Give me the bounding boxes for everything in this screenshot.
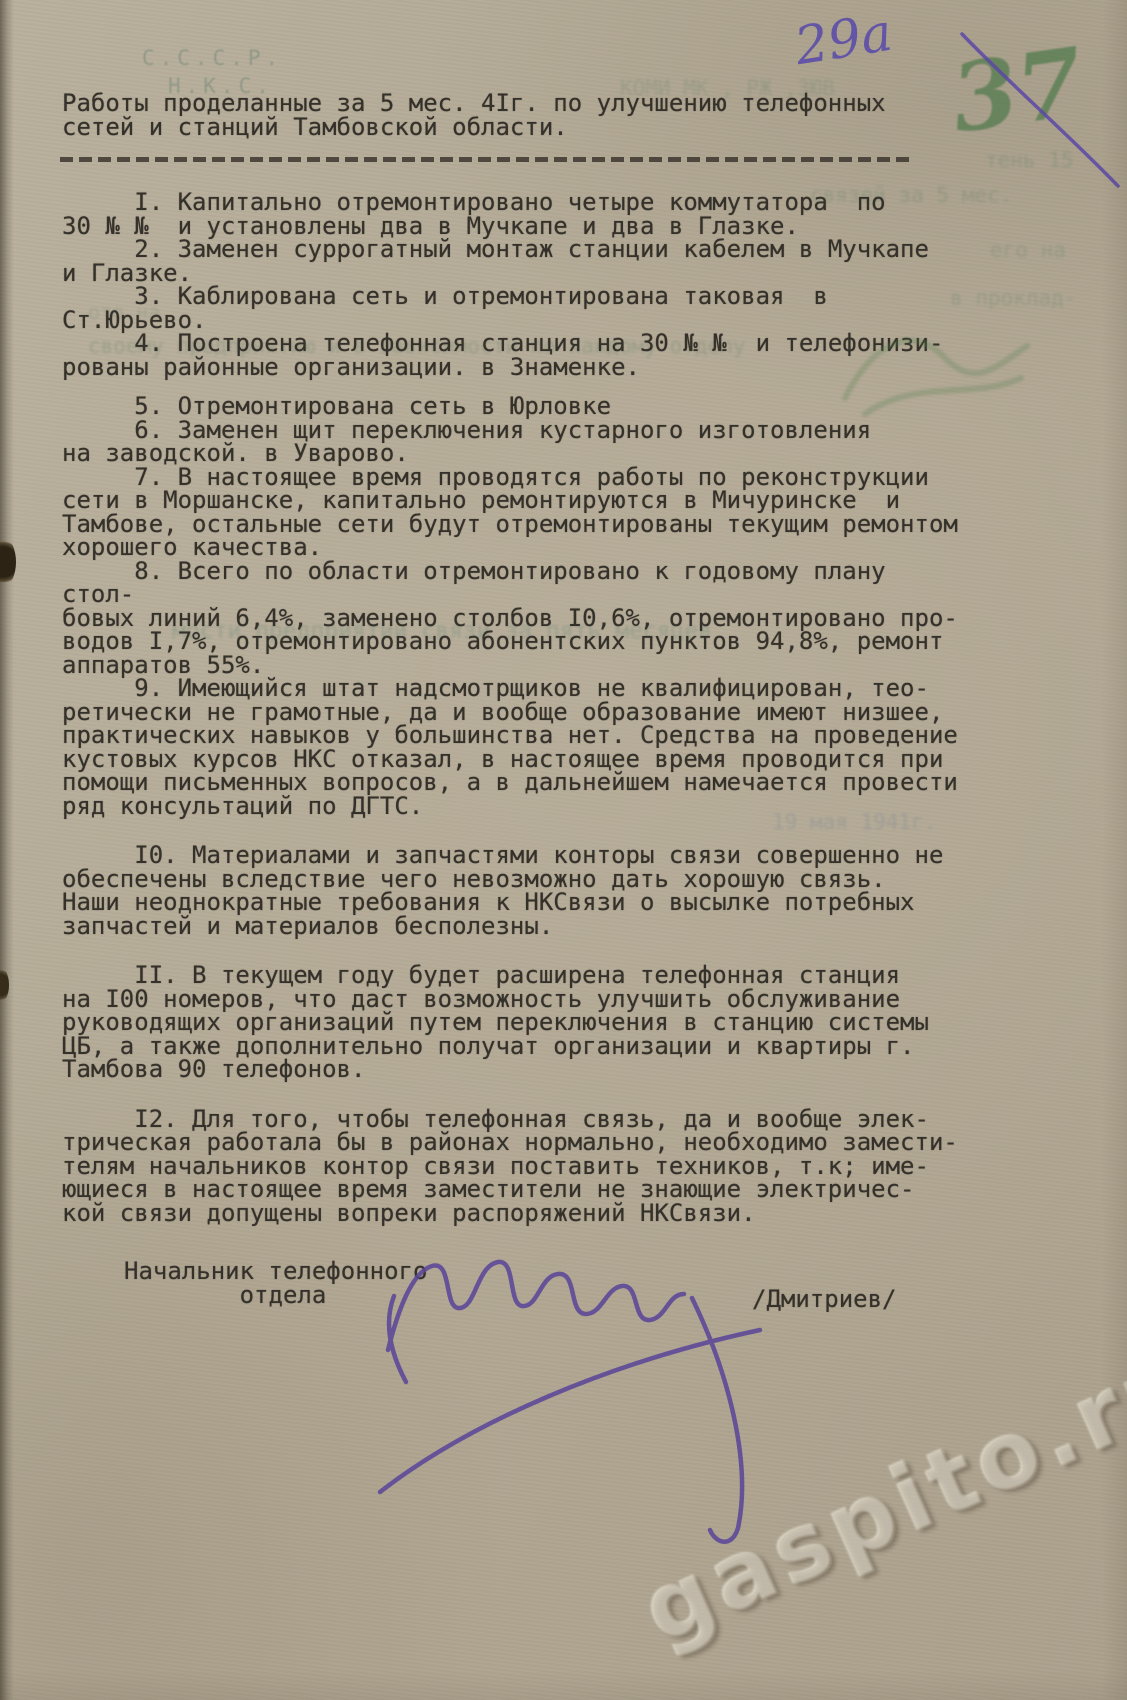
green-pencil-scribble: [835, 316, 1045, 436]
faded-stamp-line: С.С.С.Р.: [142, 46, 283, 70]
paragraph-9: 9. Имеющийся штат надсмотрщиков не квали…: [62, 677, 972, 818]
paragraph-10: I0. Материалами и запчастями конторы свя…: [62, 844, 972, 938]
paragraph-7: 7. В настоящее время проводятся работы п…: [62, 466, 972, 560]
document-title: Работы проделанные за 5 мес. 4Iг. по улу…: [62, 92, 962, 139]
bleedthrough-text: его на: [990, 238, 1066, 262]
handwritten-page-number: 29а: [791, 3, 896, 77]
handwritten-signature: [360, 1232, 780, 1552]
paragraph-1: I. Капитально отремонтировано четыре ком…: [62, 191, 972, 238]
paragraph-11: II. В текущем году будет расширена телеф…: [62, 964, 972, 1082]
paragraph-2: 2. Заменен суррогатный монтаж станции ка…: [62, 238, 972, 285]
title-underline-dashes: [60, 157, 915, 162]
page-edge-shadow: [0, 0, 14, 1700]
scanned-document-page: С.С.С.Р. Н.К.С. КОМИ МК , РЖ ,ЗЮВтень 15…: [0, 0, 1127, 1700]
ink-strike-through: [948, 26, 1127, 202]
paragraph-12: I2. Для того, чтобы телефонная связь, да…: [62, 1108, 972, 1226]
paragraph-8: 8. Всего по области отремонтировано к го…: [62, 560, 972, 678]
